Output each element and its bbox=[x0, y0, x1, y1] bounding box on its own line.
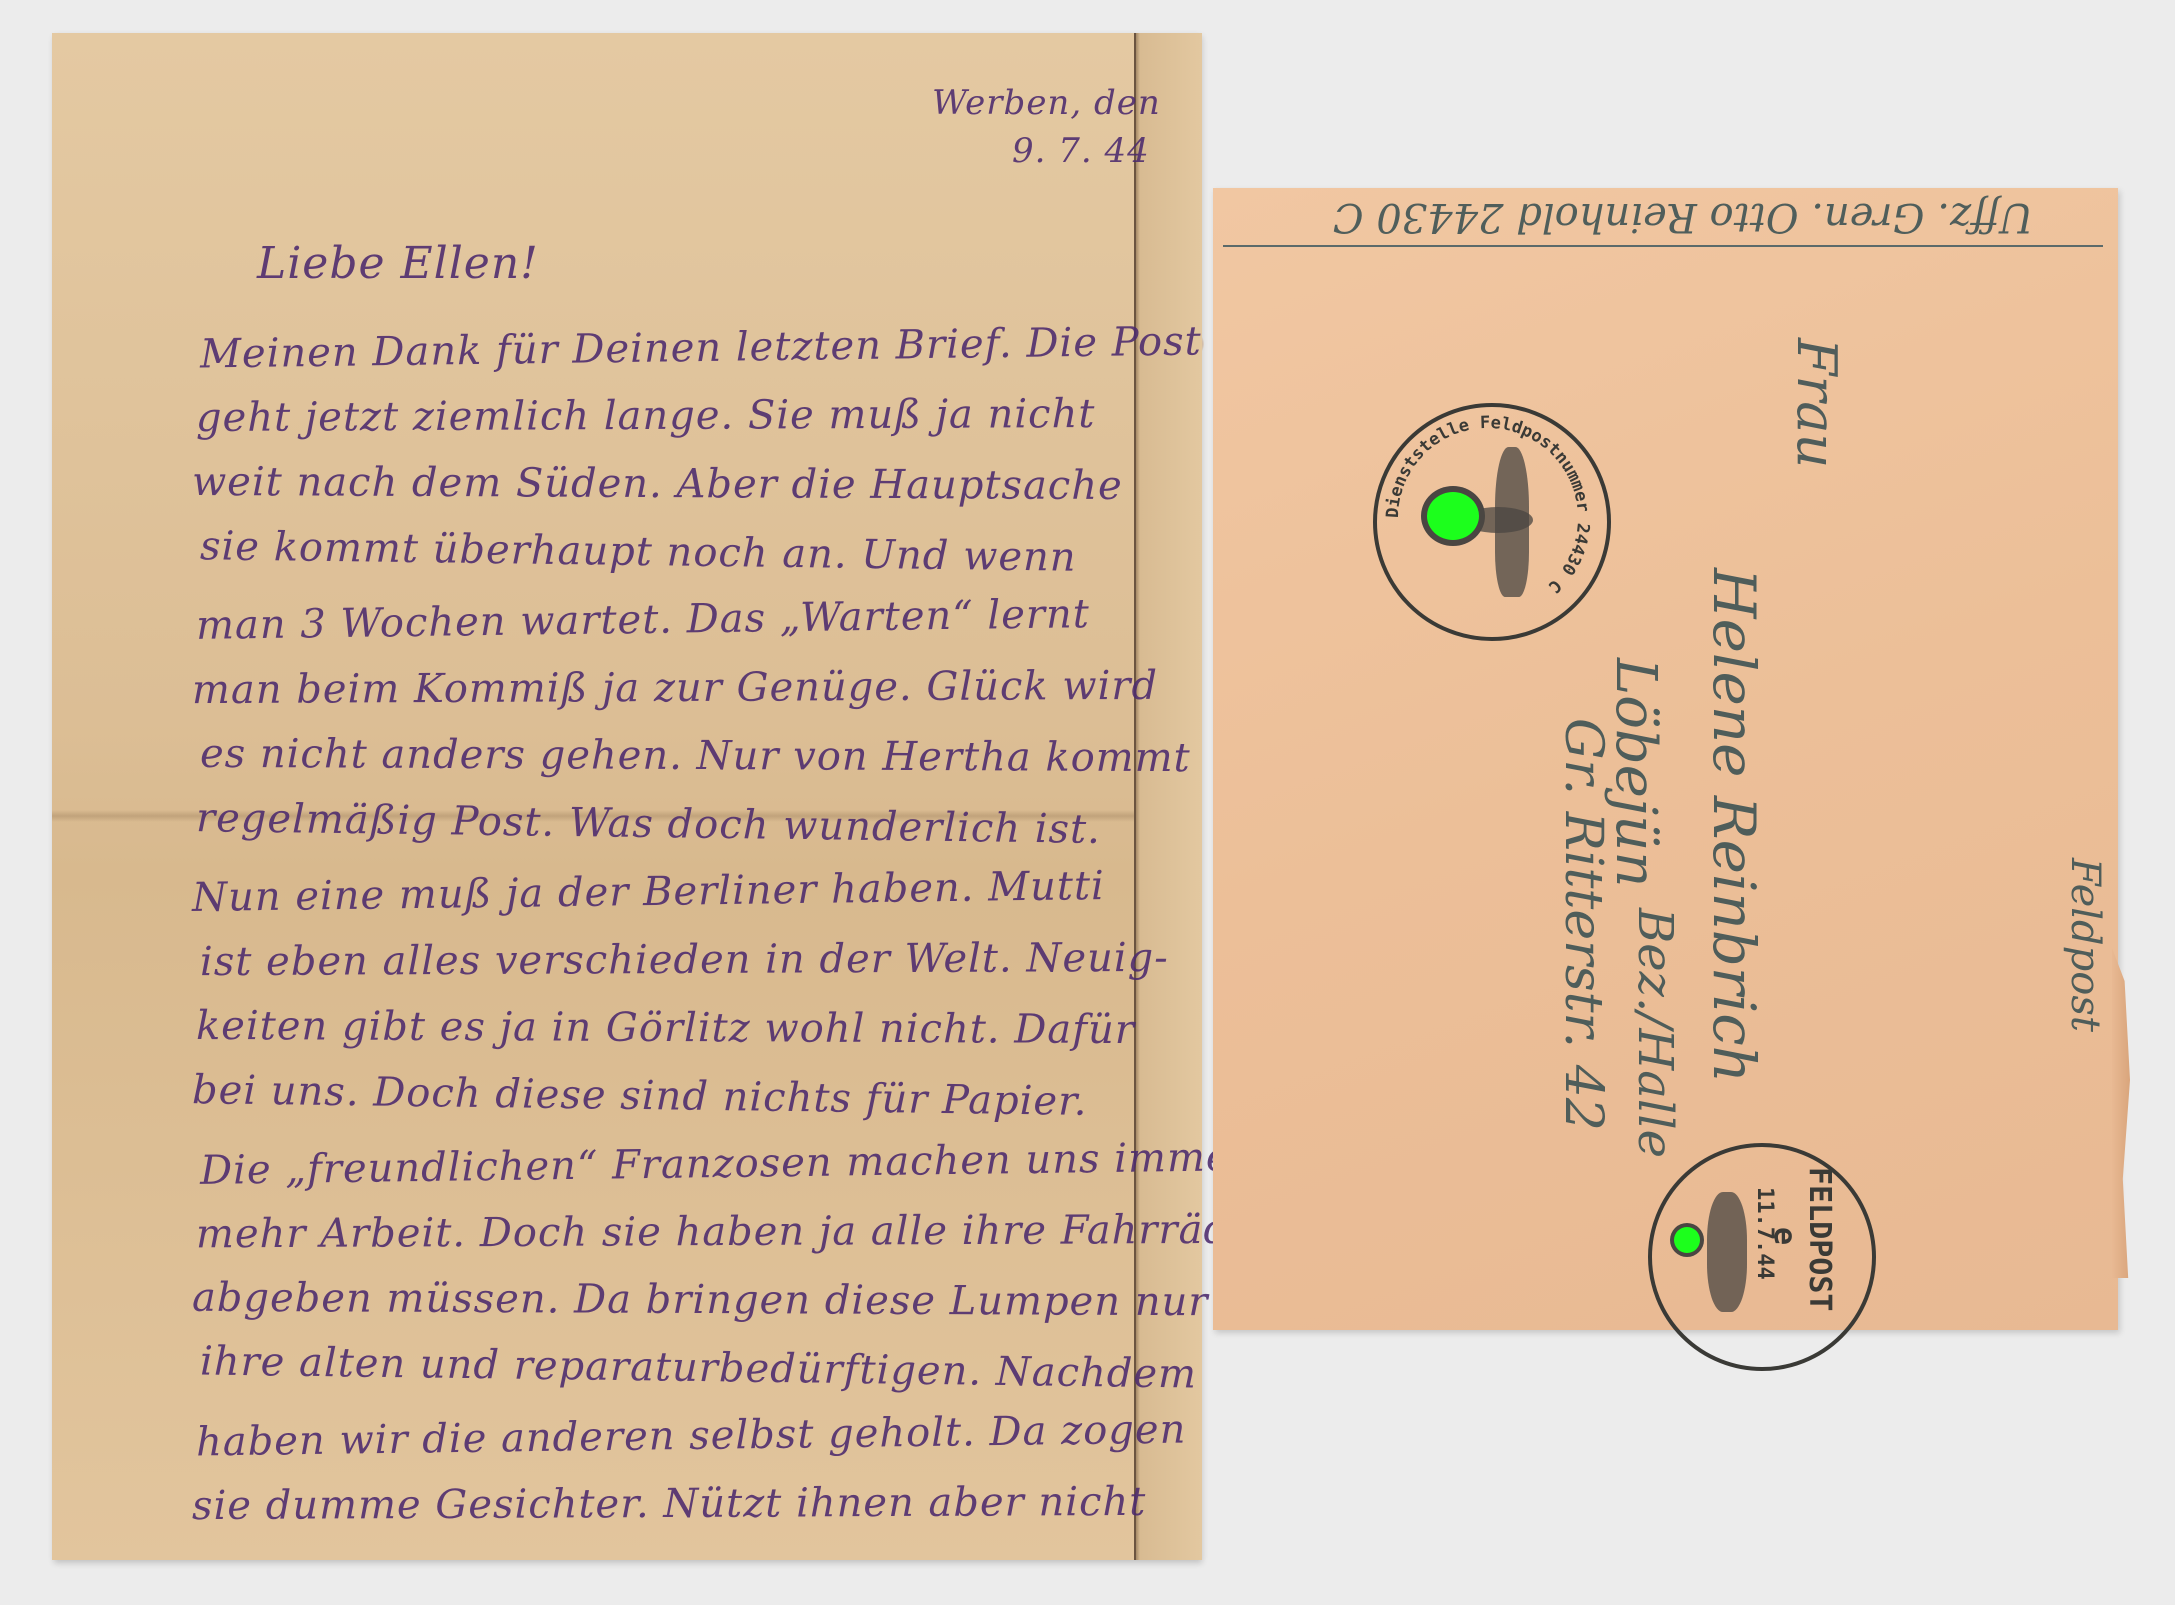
greeting: Liebe Ellen! bbox=[257, 238, 539, 289]
letter-line: geht jetzt ziemlich lange. Sie muß ja ni… bbox=[196, 391, 1096, 441]
censor-dot bbox=[1427, 492, 1479, 540]
recipient-district: Bez./Halle bbox=[1627, 908, 1683, 1158]
recipient-salutation: Frau bbox=[1785, 338, 1848, 468]
letter-page: Werben, den 9. 7. 44 Liebe Ellen! Meinen… bbox=[52, 33, 1200, 1560]
postmark-date: 11.7.44 bbox=[1752, 1187, 1777, 1280]
letter-line: Meinen Dank für Deinen letzten Brief. Di… bbox=[200, 318, 1202, 377]
svg-text:Dienststelle Feldpostnummer 24: Dienststelle Feldpostnummer 24430 C bbox=[1383, 413, 1593, 597]
feldpost-annotation: Feldpost bbox=[2062, 858, 2108, 1032]
letter-line: mehr Arbeit. Doch sie haben ja alle ihre… bbox=[196, 1207, 1275, 1258]
postmark-censor-dot bbox=[1674, 1227, 1700, 1253]
recipient-name: Helene Reinbrich bbox=[1700, 568, 1768, 1083]
envelope: Uffz. Gren. Otto Reinhold 24430 C Dienst… bbox=[1213, 188, 2118, 1330]
torn-edge bbox=[2112, 948, 2130, 1278]
postmark-text: FELDPOST bbox=[1802, 1167, 1837, 1312]
recipient-street: Gr. Ritterstr. 42 bbox=[1553, 718, 1613, 1131]
letter-line: regelmäßig Post. Was doch wunderlich ist… bbox=[196, 795, 1101, 853]
letter-line: bei uns. Doch diese sind nichts für Papi… bbox=[192, 1067, 1088, 1125]
place-date-line-2: 9. 7. 44 bbox=[1012, 131, 1150, 171]
letter-line: Die „freundlichen“ Franzosen machen uns … bbox=[200, 1134, 1251, 1194]
letter-line: weit nach dem Süden. Aber die Hauptsache bbox=[192, 459, 1123, 509]
letter-line: sie dumme Gesichter. Nützt ihnen aber ni… bbox=[192, 1479, 1146, 1529]
sender-line: Uffz. Gren. Otto Reinhold 24430 C bbox=[1253, 194, 2113, 240]
letter-line: keiten gibt es ja in Görlitz wohl nicht.… bbox=[196, 1003, 1135, 1053]
letter-line: man 3 Wochen wartet. Das „Warten“ lernt bbox=[196, 591, 1090, 649]
letter-line: sie kommt überhaupt noch an. Und wenn bbox=[200, 523, 1077, 580]
sender-underline bbox=[1223, 245, 2103, 247]
letter-line: Nun eine muß ja der Berliner haben. Mutt… bbox=[192, 863, 1105, 921]
letter-line: es nicht anders gehen. Nur von Hertha ko… bbox=[200, 731, 1191, 781]
folded-edge-flap bbox=[1134, 33, 1202, 1560]
letter-line: ihre alten und reparaturbedürftigen. Nac… bbox=[200, 1338, 1198, 1397]
letter-line: haben wir die anderen selbst geholt. Da … bbox=[196, 1407, 1187, 1466]
letter-line: man beim Kommiß ja zur Genüge. Glück wir… bbox=[192, 663, 1158, 713]
service-stamp: Dienststelle Feldpostnummer 24430 C bbox=[1373, 403, 1611, 641]
letter-line: abgeben müssen. Da bringen diese Lumpen … bbox=[192, 1275, 1209, 1325]
postmark-eagle-icon bbox=[1707, 1192, 1747, 1312]
place-date-line-1: Werben, den bbox=[932, 83, 1161, 123]
letter-line: ist eben alles verschieden in der Welt. … bbox=[200, 935, 1169, 985]
postmark: FELDPOST e 11.7.44 bbox=[1648, 1143, 1876, 1371]
